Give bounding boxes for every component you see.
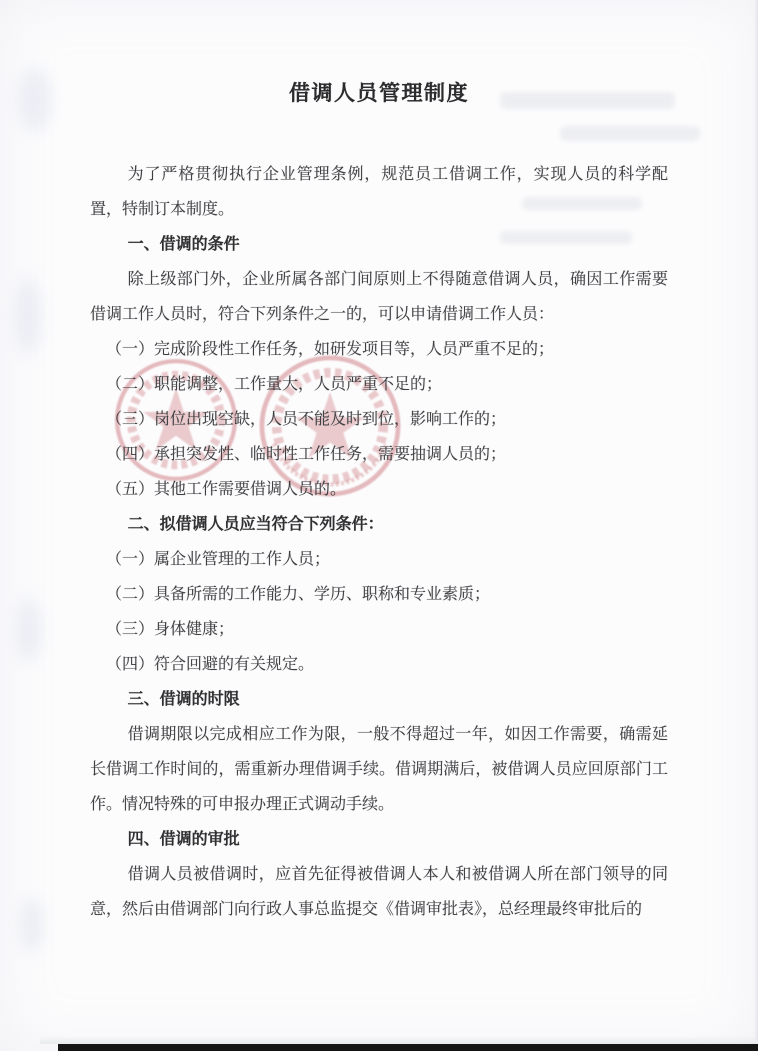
doc-item: （三）岗位出现空缺，人员不能及时到位，影响工作的；	[90, 401, 668, 436]
doc-item: （四）承担突发性、临时性工作任务，需要抽调人员的；	[90, 436, 668, 471]
doc-item: （一）属企业管理的工作人员；	[90, 541, 668, 576]
doc-item: （三）身体健康；	[90, 611, 668, 646]
scan-right-edge	[754, 0, 758, 1051]
paper-artifact	[20, 898, 44, 952]
document-title: 借调人员管理制度	[90, 76, 668, 110]
doc-heading-4: 四、借调的审批	[90, 821, 668, 856]
doc-paragraph: 除上级部门外，企业所属各部门间原则上不得随意借调人员，确因工作需要借调工作人员时…	[90, 261, 668, 331]
doc-paragraph: 借调期限以完成相应工作为限，一般不得超过一年，如因工作需要，确需延长借调工作时间…	[90, 716, 668, 821]
bleed-through-smudge	[560, 126, 700, 141]
doc-heading-3: 三、借调的时限	[90, 681, 668, 716]
paper-artifact	[16, 598, 42, 662]
doc-heading-2: 二、拟借调人员应当符合下列条件：	[90, 506, 668, 541]
doc-item: （四）符合回避的有关规定。	[90, 646, 668, 681]
scanned-document-page: 借调人员管理制度 为了严格贯彻执行企业管理条例，规范员工借调工作，实现人员的科学…	[0, 0, 758, 1051]
doc-item: （五）其他工作需要借调人员的。	[90, 471, 668, 506]
doc-paragraph: 为了严格贯彻执行企业管理条例，规范员工借调工作，实现人员的科学配置，特制订本制度…	[90, 156, 668, 226]
doc-item: （二）具备所需的工作能力、学历、职称和专业素质；	[90, 576, 668, 611]
doc-item: （二）职能调整，工作量大，人员严重不足的；	[90, 366, 668, 401]
doc-paragraph: 借调人员被借调时，应首先征得被借调人本人和被借调人所在部门领导的同意，然后由借调…	[90, 856, 668, 926]
doc-item: （一）完成阶段性工作任务，如研发项目等，人员严重不足的；	[90, 331, 668, 366]
paper-artifact	[14, 278, 42, 354]
doc-heading-1: 一、借调的条件	[90, 226, 668, 261]
paper-artifact	[18, 68, 52, 132]
scan-bottom-bar	[58, 1044, 758, 1051]
scan-bottom-shadow	[40, 1036, 758, 1044]
document-body: 为了严格贯彻执行企业管理条例，规范员工借调工作，实现人员的科学配置，特制订本制度…	[90, 156, 668, 926]
